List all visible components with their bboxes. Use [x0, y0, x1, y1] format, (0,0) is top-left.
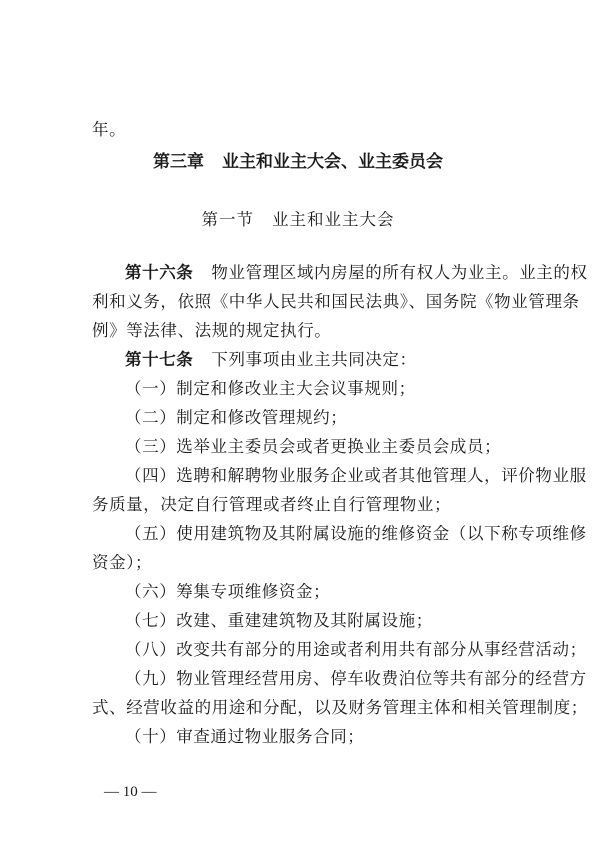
list-item-1: （一）制定和修改业主大会议事规则； — [125, 379, 534, 399]
article-16-line-1: 第十六条物业管理区域内房屋的所有权人为业主。业主的权 — [125, 263, 534, 283]
section-heading: 第一节业主和业主大会 — [0, 206, 596, 230]
list-item-6: （六）筹集专项维修资金； — [125, 582, 534, 602]
article-16-line-3: 例》等法律、法规的规定执行。 — [92, 321, 534, 341]
chapter-title: 业主和业主大会、业主委员会 — [222, 152, 443, 172]
document-page: 年。 第三章业主和业主大会、业主委员会 第一节业主和业主大会 第十六条物业管理区… — [0, 0, 596, 843]
article-17-intro: 第十七条下列事项由业主共同决定： — [125, 350, 534, 370]
list-item-9-line-2: 式、经营收益的用途和分配，以及财务管理主体和相关管理制度； — [92, 698, 534, 718]
list-item-3: （三）选举业主委员会或者更换业主委员会成员； — [125, 437, 534, 457]
chapter-number: 第三章 — [153, 152, 204, 172]
list-item-5-line-2: 资金）； — [92, 553, 534, 573]
list-item-9-line-1: （九）物业管理经营用房、停车收费泊位等共有部分的经营方 — [125, 669, 534, 689]
section-number: 第一节 — [202, 210, 255, 229]
list-item-8: （八）改变共有部分的用途或者利用共有部分从事经营活动； — [125, 640, 534, 660]
list-item-7: （七）改建、重建建筑物及其附属设施； — [125, 611, 534, 631]
article-16-line-2: 利和义务，依照《中华人民共和国民法典》、国务院《物业管理条 — [92, 292, 534, 312]
article-17-intro-text: 下列事项由业主共同决定： — [211, 350, 416, 369]
article-16-text-1: 物业管理区域内房屋的所有权人为业主。业主的权 — [211, 263, 587, 282]
list-item-10: （十）审查通过物业服务合同； — [125, 727, 534, 747]
section-title: 业主和业主大会 — [272, 210, 395, 229]
article-17-label: 第十七条 — [125, 350, 193, 369]
continuation-text: 年。 — [92, 120, 534, 140]
article-16-label: 第十六条 — [125, 263, 193, 282]
list-item-4-line-2: 务质量，决定自行管理或者终止自行管理物业； — [92, 495, 534, 515]
list-item-2: （二）制定和修改管理规约； — [125, 408, 534, 428]
list-item-4-line-1: （四）选聘和解聘物业服务企业或者其他管理人，评价物业服 — [125, 466, 534, 486]
list-item-5-line-1: （五）使用建筑物及其附属设施的维修资金（以下称专项维修 — [125, 524, 534, 544]
chapter-heading: 第三章业主和业主大会、业主委员会 — [0, 147, 596, 172]
page-number: — 10 — — [104, 784, 157, 801]
